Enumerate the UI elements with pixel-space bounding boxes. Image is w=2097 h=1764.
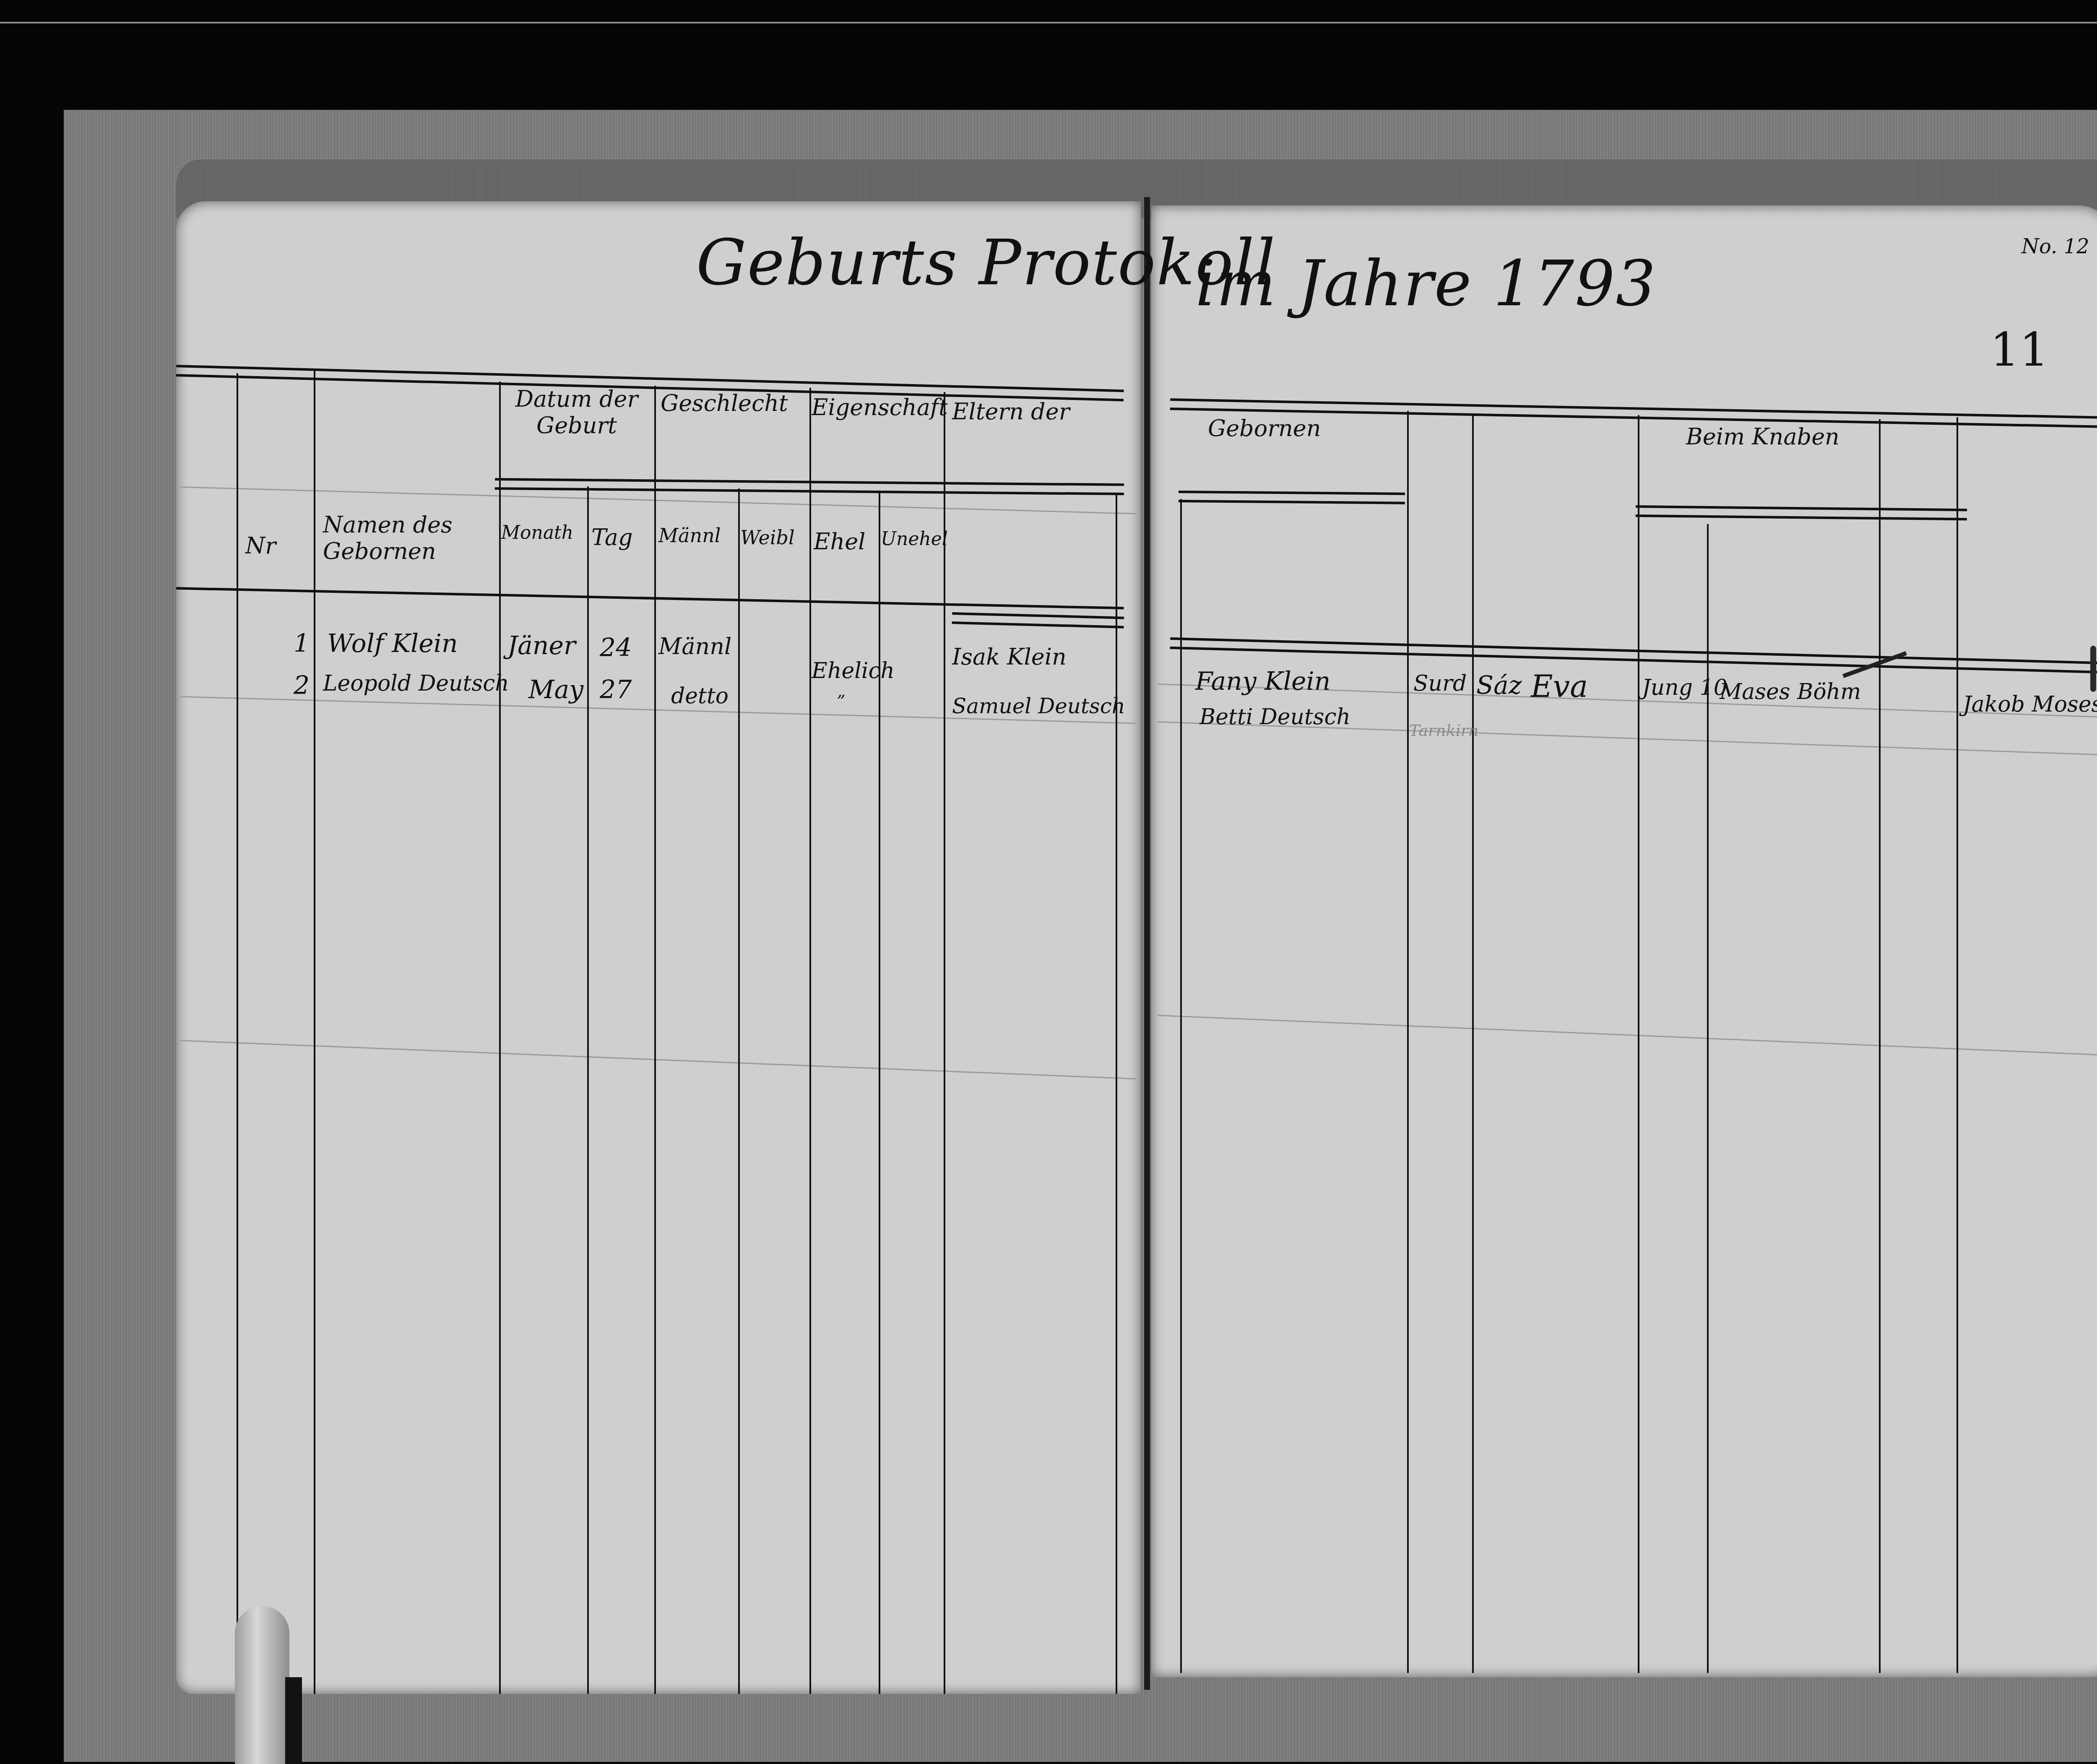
row1-ort2: Sáz bbox=[1476, 671, 1522, 700]
row2-tag: 27 bbox=[600, 675, 632, 704]
folio-mark: 11 bbox=[1990, 323, 2049, 377]
row1-mohel: Mases Böhm bbox=[1720, 679, 1861, 704]
row2-mutter: Betti Deutsch bbox=[1199, 704, 1350, 730]
header-namen-des-gebornen: Namen des Gebornen bbox=[323, 512, 491, 564]
row2-name: Leopold Deutsch bbox=[323, 671, 509, 696]
row1-zeuge: Jakob Moses bbox=[1963, 692, 2097, 717]
row1-name2: Eva bbox=[1531, 669, 1588, 704]
book-gutter bbox=[1144, 197, 1150, 1690]
page-number: No. 12 bbox=[2022, 235, 2089, 258]
row1-tag: 24 bbox=[600, 633, 632, 662]
header-nr: Nr bbox=[245, 533, 276, 559]
bone-folder-shadow bbox=[285, 1677, 302, 1764]
column-divider bbox=[1957, 417, 1958, 1673]
row2-ort: Tarnkirn bbox=[1409, 721, 1479, 740]
row1-geschlecht: Männl bbox=[658, 633, 731, 660]
row2-vater: Samuel Deutsch bbox=[952, 694, 1125, 718]
column-divider bbox=[654, 386, 656, 1694]
row2-eigenschaft: ” bbox=[837, 692, 845, 711]
header-tag: Tag bbox=[591, 524, 633, 551]
column-divider bbox=[1638, 415, 1639, 1673]
column-divider bbox=[738, 488, 740, 1694]
row1-monat: Jäner bbox=[507, 631, 576, 660]
column-divider bbox=[587, 486, 589, 1694]
header-monath: Monath bbox=[501, 522, 573, 543]
header-gebornen: Gebornen bbox=[1208, 415, 1321, 442]
header-maennl: Männl bbox=[658, 524, 721, 547]
bone-folder-tool bbox=[235, 1606, 289, 1764]
row1-ort: Surd bbox=[1413, 671, 1467, 696]
row1-nr: 1 bbox=[294, 629, 310, 658]
document-title-left: Geburts Protokoll bbox=[696, 226, 1276, 299]
row2-geschlecht: detto bbox=[671, 683, 728, 709]
header-beim-knaben: Beim Knaben bbox=[1686, 423, 1839, 450]
header-eigenschaft: Eigenschaft bbox=[812, 394, 948, 421]
column-divider bbox=[499, 382, 501, 1694]
header-unehel: Unehel bbox=[881, 528, 948, 550]
row1-eigenschaft: Ehelich bbox=[812, 658, 895, 683]
column-divider bbox=[1472, 415, 1474, 1673]
column-divider bbox=[314, 369, 315, 1694]
scanner-line bbox=[0, 22, 2097, 23]
left-page bbox=[176, 201, 1141, 1694]
row2-nr: 2 bbox=[294, 671, 310, 700]
column-divider bbox=[1879, 419, 1881, 1673]
column-divider bbox=[809, 388, 811, 1694]
column-divider bbox=[1407, 411, 1409, 1673]
column-divider bbox=[1180, 499, 1182, 1673]
column-divider bbox=[944, 392, 945, 1694]
header-eltern: Eltern der bbox=[952, 398, 1069, 425]
header-weibl: Weibl bbox=[740, 526, 795, 549]
header-geschlecht: Geschlecht bbox=[661, 390, 788, 416]
ink-mark bbox=[2090, 646, 2096, 692]
row1-paten: Jung 10 bbox=[1642, 675, 1728, 700]
row1-vater: Isak Klein bbox=[952, 644, 1067, 670]
column-divider bbox=[237, 373, 238, 1694]
document-title-right: im Jahre 1793 bbox=[1195, 247, 1657, 320]
row1-name: Wolf Klein bbox=[327, 629, 458, 658]
column-divider bbox=[1116, 495, 1117, 1694]
header-datum-der-geburt: Datum der Geburt bbox=[499, 386, 654, 439]
subheader-rule-right bbox=[1179, 491, 1405, 504]
header-ehel: Ehel bbox=[814, 528, 865, 555]
row1-mutter: Fany Klein bbox=[1195, 667, 1330, 696]
row2-monat: May bbox=[528, 675, 583, 704]
